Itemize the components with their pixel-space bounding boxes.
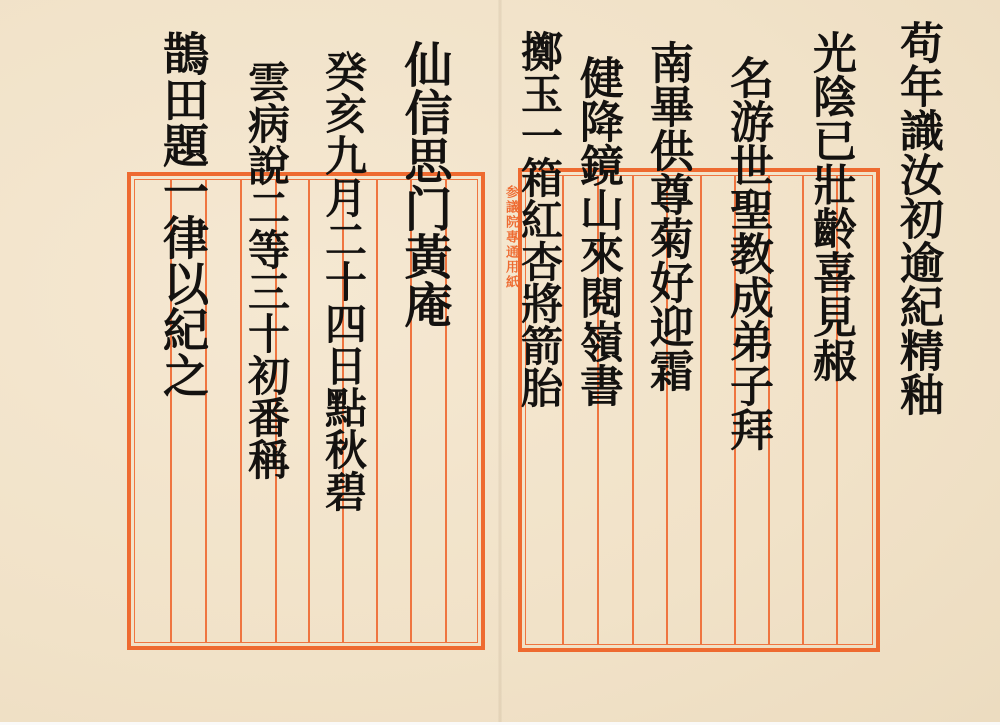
text-column-4: 南畢供尊菊好迎霜	[645, 40, 689, 392]
text-column-9: 雲病說二等三十初番稱	[245, 60, 287, 480]
text-column-5: 健降鏡山來閱嶺書	[575, 55, 619, 407]
left-rule-line	[376, 179, 378, 643]
text-column-7: 仙信思门黃庵	[400, 40, 448, 328]
text-column-6: 擲玉一箱紅杏將箭胎	[518, 30, 560, 408]
left-rule-line	[308, 179, 310, 643]
text-column-1: 苟年識汝初逾紀精釉	[895, 20, 939, 416]
center-fold	[498, 0, 502, 725]
text-column-8: 癸亥九月二十四日點秋碧	[322, 50, 364, 512]
right-rule-line	[802, 175, 804, 645]
text-column-2: 光陰已壯齡喜見赧	[808, 30, 852, 382]
letter-paper: 参議院專通用紙 苟年識汝初逾紀精釉 光陰已壯齡喜見赧 名游世聖教成弟子拜 南畢供…	[0, 0, 1000, 725]
text-column-10: 鵲田題一律以紀之	[160, 30, 206, 398]
right-rule-line	[700, 175, 702, 645]
right-rule-line	[632, 175, 634, 645]
text-column-3: 名游世聖教成弟子拜	[725, 55, 769, 451]
